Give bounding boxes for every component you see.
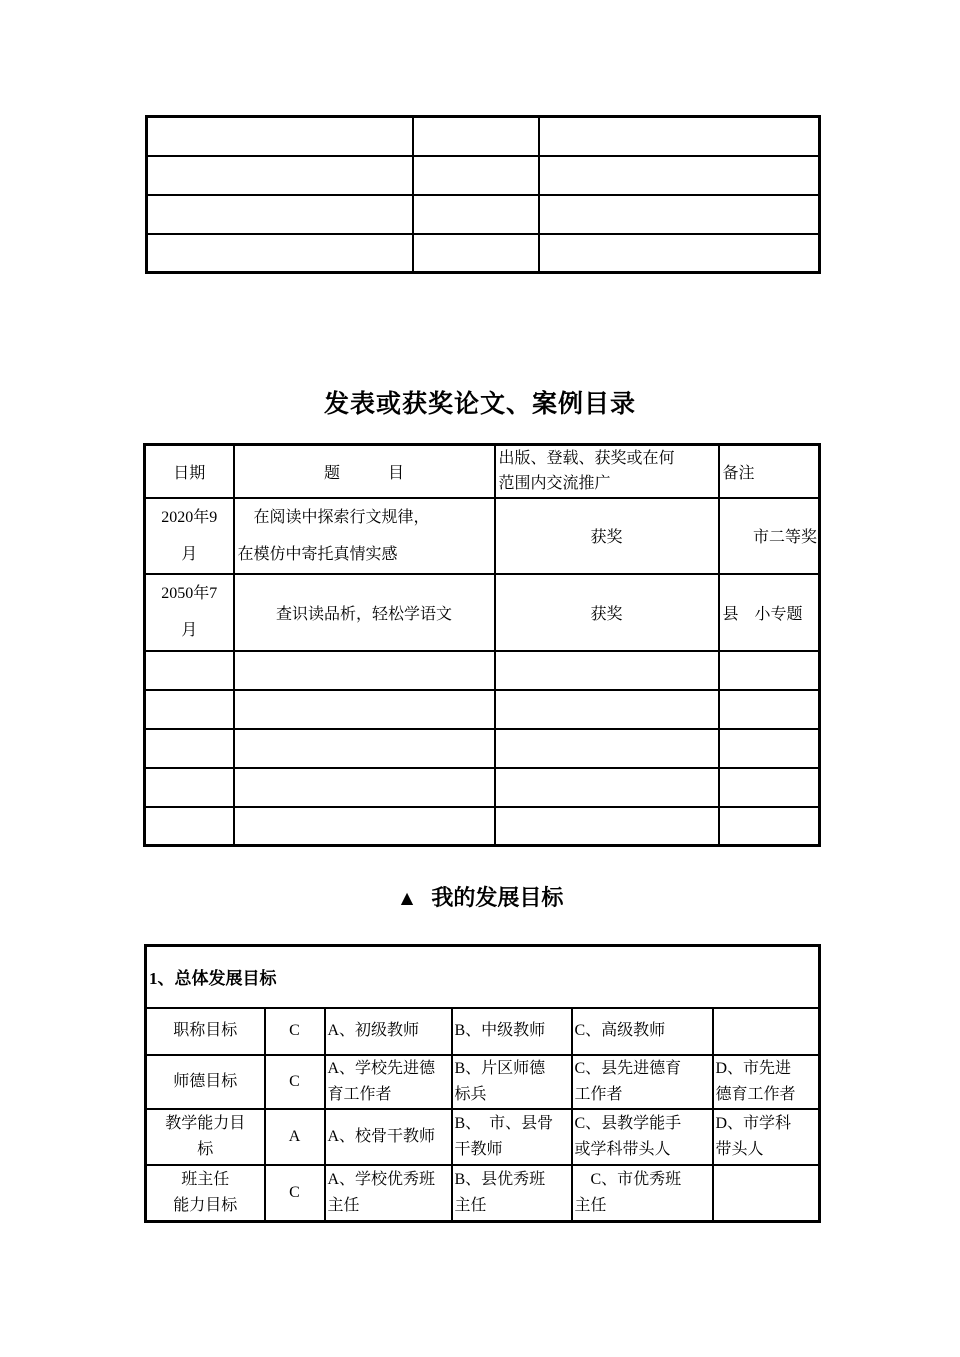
empty-cell <box>145 768 234 807</box>
empty-cell <box>147 195 413 234</box>
goal-name: 教学能力目 标 <box>146 1109 265 1165</box>
goal-option-c: C、县先进德育 工作者 <box>572 1055 713 1109</box>
papers-table: 日期 题 目 出版、登载、获奖或在何 范围内交流推广 备注 2020年9 月 在… <box>143 443 821 847</box>
empty-cell <box>539 156 820 195</box>
empty-cell <box>495 690 719 729</box>
triangle-icon: ▲ <box>397 886 418 910</box>
empty-cell <box>495 729 719 768</box>
goal-row: 职称目标 C A、初级教师 B、中级教师 C、高级教师 <box>146 1008 820 1055</box>
paper-title: 查识读品析，轻松学语文 <box>234 574 495 651</box>
paper-empty-row <box>145 690 820 729</box>
paper-note: 市二等奖 <box>719 498 820 574</box>
paper-row: 2050年7 月 查识读品析，轻松学语文 获奖 县 小专题 <box>145 574 820 651</box>
goal-option-a: A、学校优秀班 主任 <box>325 1165 452 1222</box>
empty-cell <box>719 690 820 729</box>
goals-table: 1、总体发展目标 职称目标 C A、初级教师 B、中级教师 C、高级教师 师德目… <box>144 944 821 1223</box>
paper-date: 2020年9 月 <box>145 498 234 574</box>
papers-header-row: 日期 题 目 出版、登载、获奖或在何 范围内交流推广 备注 <box>145 445 820 498</box>
goals-heading-label: 我的发展目标 <box>431 885 563 910</box>
empty-cell <box>145 651 234 690</box>
goal-option-a: A、学校先进德 育工作者 <box>325 1055 452 1109</box>
table-row <box>147 195 820 234</box>
goal-row: 班主任 能力目标 C A、学校优秀班 主任 B、县优秀班 主任 C、市优秀班 主… <box>146 1165 820 1222</box>
goal-option-d <box>713 1008 820 1055</box>
empty-cell <box>413 195 539 234</box>
goal-name: 班主任 能力目标 <box>146 1165 265 1222</box>
empty-cell <box>539 195 820 234</box>
paper-row: 2020年9 月 在阅读中探索行文规律， 在模仿中寄托真情实感 获奖 市二等奖 <box>145 498 820 574</box>
papers-section-title: 发表或获奖论文、案例目录 <box>0 384 960 420</box>
empty-cell <box>539 117 820 156</box>
goal-option-a: A、初级教师 <box>325 1008 452 1055</box>
goal-option-c: C、市优秀班 主任 <box>572 1165 713 1222</box>
empty-cell <box>147 117 413 156</box>
empty-cell <box>719 729 820 768</box>
goals-section-heading: ▲我的发展目标 <box>0 881 960 912</box>
paper-empty-row <box>145 729 820 768</box>
goal-option-c: C、高级教师 <box>572 1008 713 1055</box>
goal-option-d: D、市学科 带头人 <box>713 1109 820 1165</box>
empty-cell <box>147 234 413 273</box>
empty-cell <box>495 651 719 690</box>
goal-option-c: C、县教学能手 或学科带头人 <box>572 1109 713 1165</box>
table-row <box>147 117 820 156</box>
paper-empty-row <box>145 807 820 846</box>
empty-cell <box>234 651 495 690</box>
goal-option-a: A、校骨干教师 <box>325 1109 452 1165</box>
empty-cell <box>234 768 495 807</box>
document-page: 发表或获奖论文、案例目录 日期 题 目 出版、登载、获奖或在何 范围内交流推广 … <box>0 0 960 1357</box>
goal-name: 职称目标 <box>146 1008 265 1055</box>
paper-empty-row <box>145 768 820 807</box>
goals-section-row: 1、总体发展目标 <box>146 946 820 1008</box>
paper-publish: 获奖 <box>495 498 719 574</box>
paper-title: 在阅读中探索行文规律， 在模仿中寄托真情实感 <box>234 498 495 574</box>
empty-cell <box>719 807 820 846</box>
goal-grade: C <box>265 1008 325 1055</box>
paper-publish: 获奖 <box>495 574 719 651</box>
goal-grade: C <box>265 1165 325 1222</box>
top-empty-table <box>145 115 821 274</box>
empty-cell <box>719 768 820 807</box>
empty-cell <box>495 807 719 846</box>
empty-cell <box>413 156 539 195</box>
empty-cell <box>413 234 539 273</box>
goal-name: 师德目标 <box>146 1055 265 1109</box>
empty-cell <box>719 651 820 690</box>
empty-cell <box>234 690 495 729</box>
goal-option-b: B、片区师德 标兵 <box>452 1055 572 1109</box>
header-note: 备注 <box>719 445 820 498</box>
header-title: 题 目 <box>234 445 495 498</box>
header-date: 日期 <box>145 445 234 498</box>
empty-cell <box>234 807 495 846</box>
empty-cell <box>145 690 234 729</box>
paper-note: 县 小专题 <box>719 574 820 651</box>
goal-row: 师德目标 C A、学校先进德 育工作者 B、片区师德 标兵 C、县先进德育 工作… <box>146 1055 820 1109</box>
goal-row: 教学能力目 标 A A、校骨干教师 B、 市、县骨 干教师 C、县教学能手 或学… <box>146 1109 820 1165</box>
header-publish: 出版、登载、获奖或在何 范围内交流推广 <box>495 445 719 498</box>
goal-option-d <box>713 1165 820 1222</box>
empty-cell <box>147 156 413 195</box>
paper-empty-row <box>145 651 820 690</box>
empty-cell <box>145 807 234 846</box>
paper-date: 2050年7 月 <box>145 574 234 651</box>
goal-grade: C <box>265 1055 325 1109</box>
table-row <box>147 156 820 195</box>
table-row <box>147 234 820 273</box>
goal-grade: A <box>265 1109 325 1165</box>
goal-option-b: B、 市、县骨 干教师 <box>452 1109 572 1165</box>
empty-cell <box>495 768 719 807</box>
goals-section-label: 1、总体发展目标 <box>146 946 820 1008</box>
empty-cell <box>413 117 539 156</box>
empty-cell <box>145 729 234 768</box>
goal-option-b: B、县优秀班 主任 <box>452 1165 572 1222</box>
goal-option-d: D、市先进 德育工作者 <box>713 1055 820 1109</box>
goal-option-b: B、中级教师 <box>452 1008 572 1055</box>
empty-cell <box>234 729 495 768</box>
empty-cell <box>539 234 820 273</box>
